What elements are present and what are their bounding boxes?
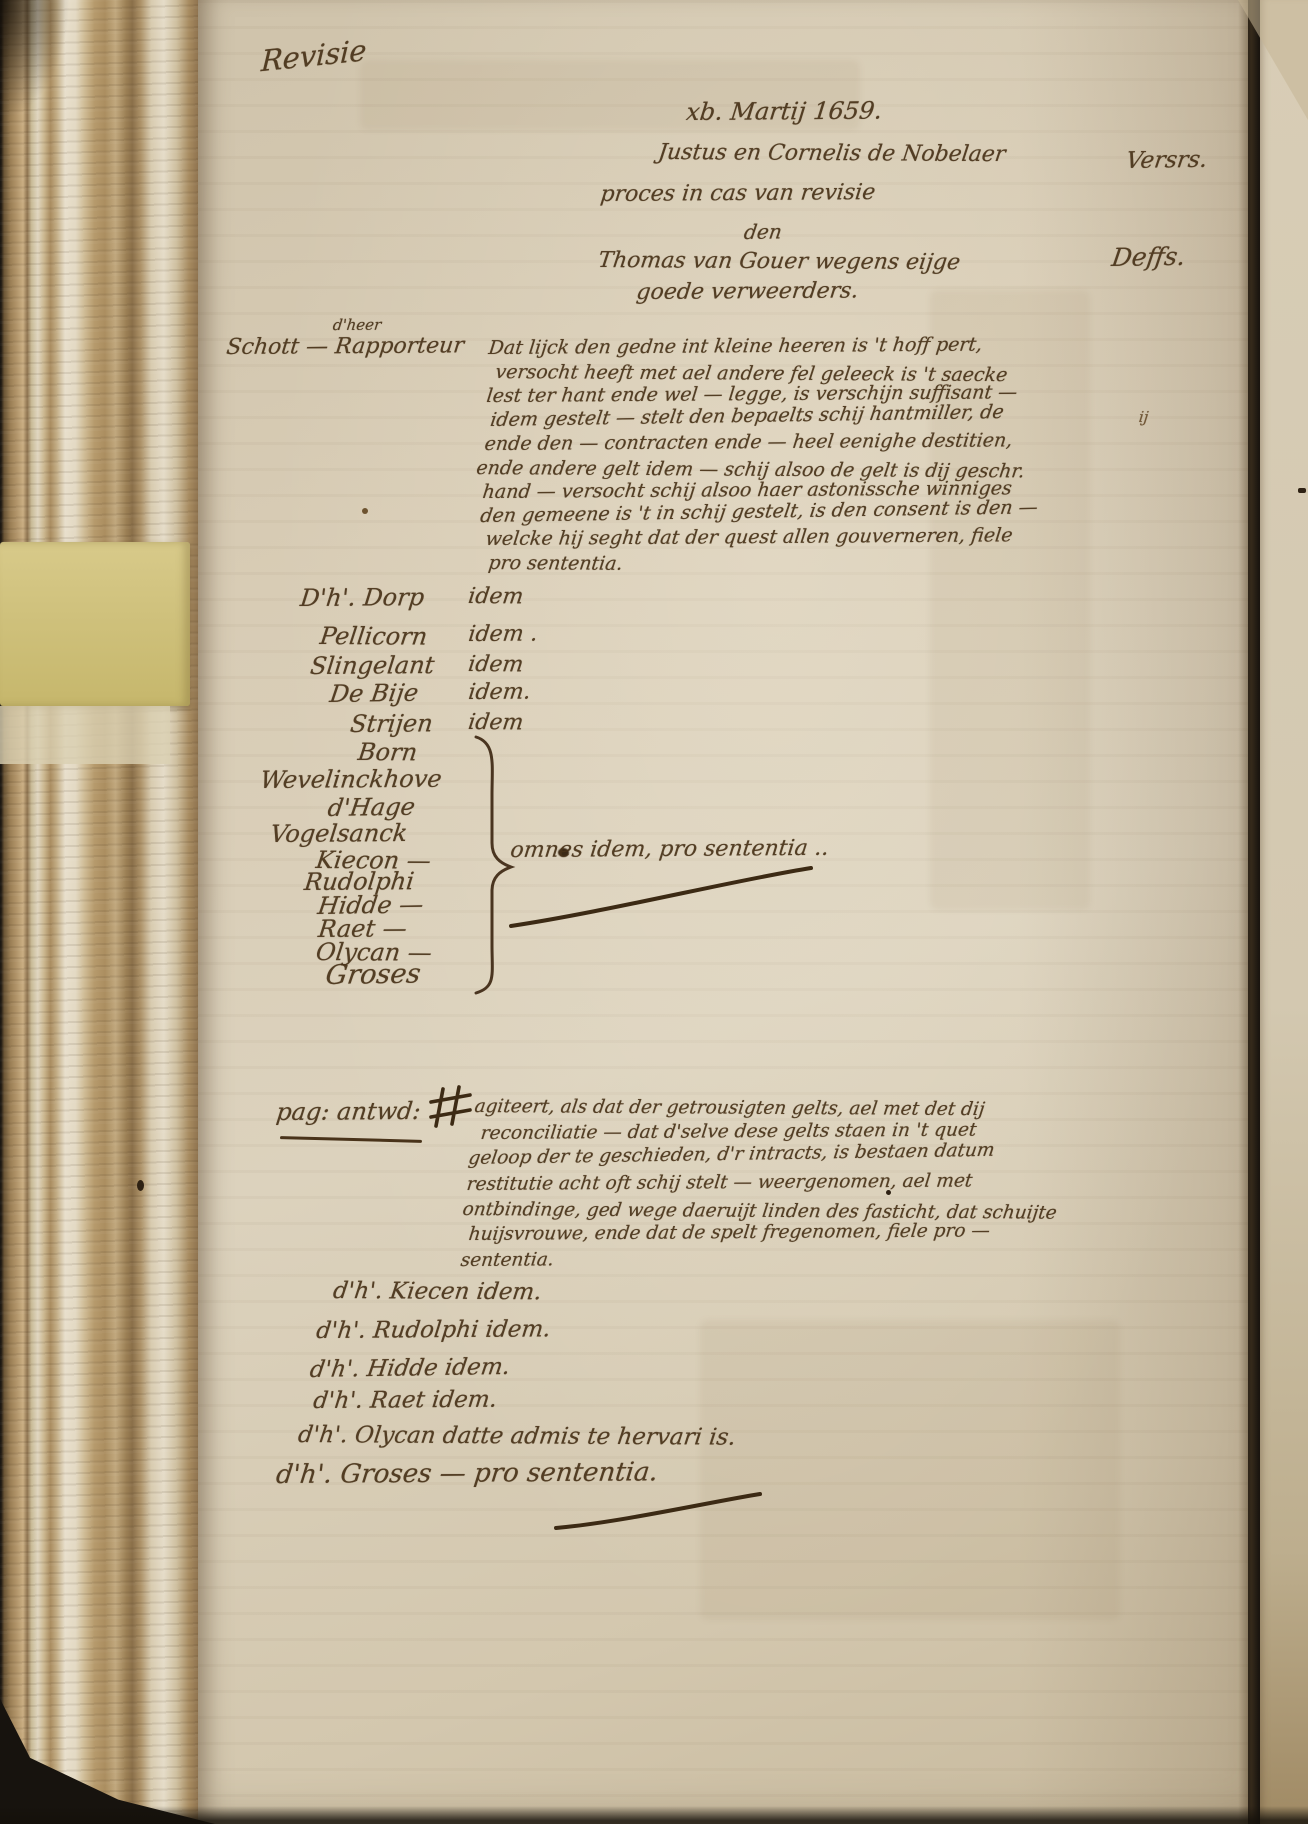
ink-speck: [137, 1180, 144, 1191]
foxing-spot: [362, 508, 368, 514]
collective-vote: omnes idem, pro sententia ..: [509, 836, 830, 863]
party-line: Thomas van Gouer wegens eijge: [597, 248, 962, 275]
councillor-name: Strijen: [349, 709, 435, 738]
councillor-name: d'Hage: [326, 793, 417, 822]
vote-row: Slingelantidem: [198, 652, 818, 680]
councillor-name: D'h'. Dorp: [299, 583, 426, 612]
rapporteur-honorific: d'heer: [332, 316, 382, 334]
councillor-name: Vogelsanck: [269, 819, 409, 848]
vote-row: Pellicornidem .: [198, 622, 818, 650]
councillor-name: De Bije: [328, 679, 420, 708]
final-vote: d'h'. Rudolphi idem.: [315, 1316, 552, 1344]
vote-value: idem: [467, 652, 525, 677]
councillor-name: Born: [356, 738, 419, 766]
final-vote: d'h'. Raet idem.: [312, 1387, 499, 1414]
repair-tape-strip: [0, 542, 190, 706]
contra-word: den: [743, 219, 784, 244]
answer-line: huijsvrouwe, ende dat de spelt fregenome…: [468, 1220, 992, 1245]
answer-line: sententia.: [460, 1249, 555, 1271]
final-vote: d'h'. Hidde idem.: [308, 1354, 512, 1383]
session-date: xb. Martij 1659.: [685, 97, 884, 126]
flourish-underline: [505, 862, 817, 934]
vote-value: idem: [467, 584, 525, 609]
backdrop-bottom-edge: [0, 1806, 1308, 1824]
vote-value: idem: [467, 710, 525, 735]
edge-ink-mark: [1298, 488, 1306, 493]
vote-row: De Bijeidem.: [198, 680, 818, 708]
councillor-name: Slingelant: [309, 651, 436, 680]
resolution-line: Dat lijck den gedne int kleine heeren is…: [487, 334, 983, 359]
paragraph-mark: [428, 1086, 474, 1130]
final-vote: d'h'. Olycan datte admis te hervari is.: [297, 1422, 738, 1451]
councillor-name: Wevelinckhove: [259, 765, 444, 794]
councillor-name: Pellicorn: [318, 622, 429, 651]
manuscript-photo: { "document": { "kind": "17th-century Du…: [0, 0, 1308, 1824]
resolution-line: welcke hij seght dat der quest allen gou…: [484, 524, 1013, 550]
final-vote: d'h'. Groses — pro sententia.: [275, 1457, 660, 1490]
party-line: Justus en Cornelis de Nobelaer: [657, 140, 1007, 167]
rapporteur-name: Schott — Rapporteur: [225, 333, 465, 360]
party-line: goede verweerders.: [635, 278, 860, 305]
facing-page-edge: [1260, 0, 1308, 1824]
resolution-closing: pro sententia.: [487, 552, 624, 575]
vote-value: idem .: [467, 622, 539, 647]
answer-line: agiteert, als dat der getrousigten gelts…: [473, 1096, 986, 1120]
answer-line: restitutie acht oft schij stelt — weerge…: [466, 1170, 974, 1195]
section-label: pag: antwd:: [275, 1097, 423, 1126]
vote-value: idem.: [467, 680, 532, 705]
gutter-shadow: [0, 0, 70, 120]
resolution-line: ende den — contracten ende — heel eenigh…: [483, 429, 1013, 455]
final-vote: d'h'. Kiecen idem.: [332, 1278, 544, 1305]
party-line: proces in cas van revisie: [599, 180, 877, 207]
book-fore-edge: [0, 0, 210, 1824]
flourish-underline: [552, 1492, 764, 1532]
repair-tape-remnant: [0, 706, 170, 764]
margin-note-defendants: Deffs.: [1110, 242, 1188, 272]
councillor-name: Groses: [324, 959, 423, 991]
vote-row: D'h'. Dorpidem: [198, 584, 818, 612]
ink-show-through: [700, 1320, 1120, 1620]
margin-note-petitioners: Versrs.: [1124, 147, 1209, 174]
